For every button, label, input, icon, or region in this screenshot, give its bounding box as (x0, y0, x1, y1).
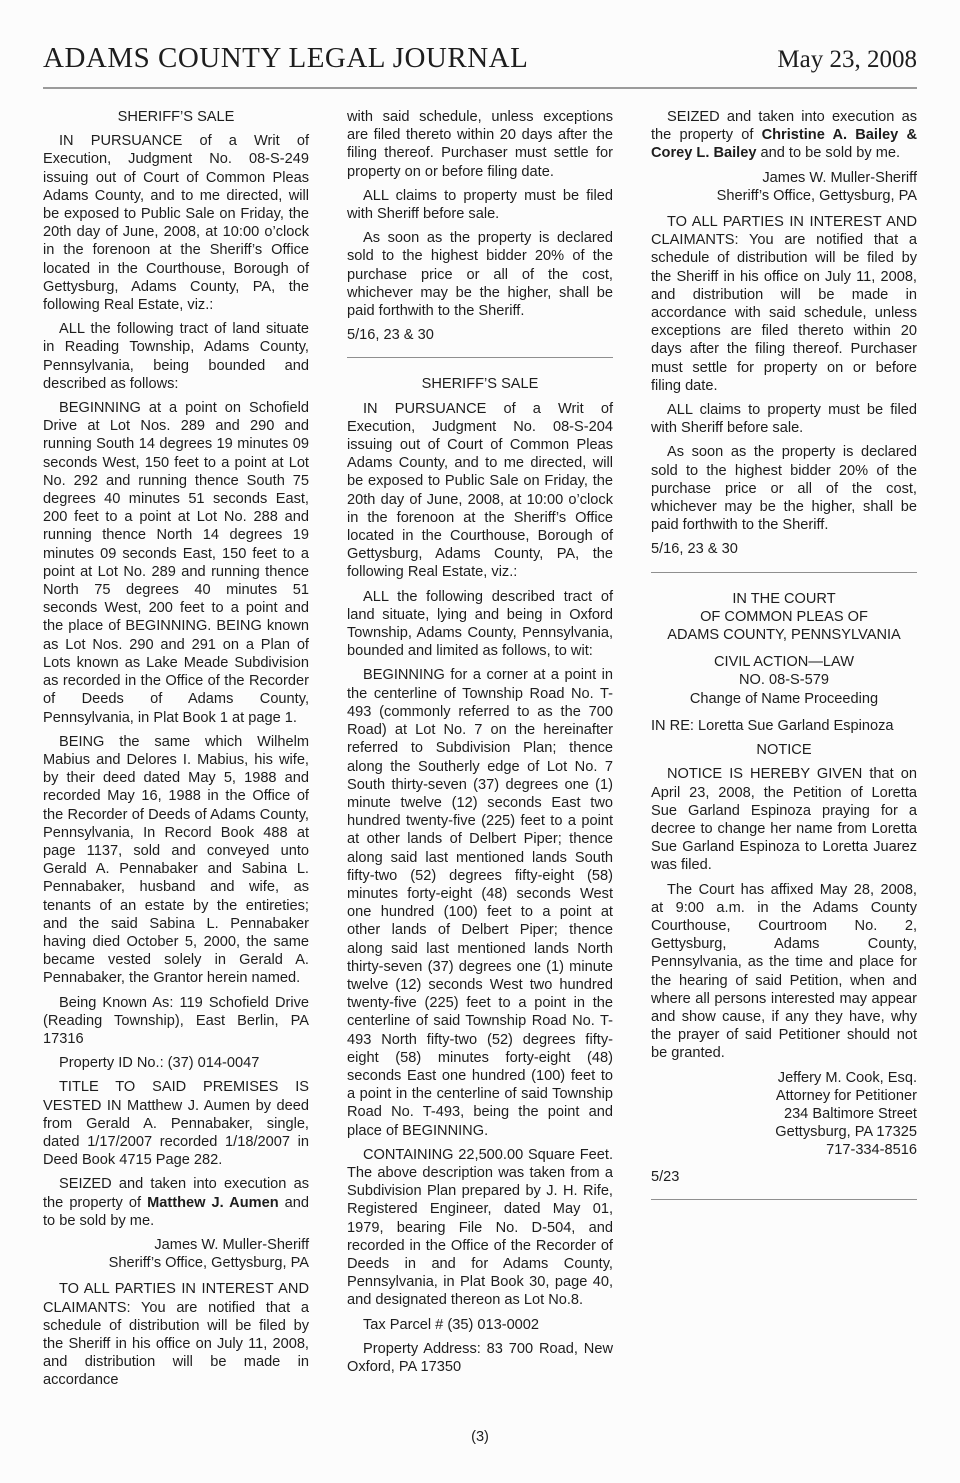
header-rule (43, 87, 917, 89)
notice-paragraph: Property Address: 83 700 Road, New Oxfor… (347, 1340, 613, 1376)
notice-paragraph: IN PURSUANCE of a Writ of Execution, Jud… (43, 132, 309, 314)
column-3: SEIZED and taken into execution as the p… (651, 108, 917, 1403)
defendant-name: Matthew J. Aumen (147, 1195, 279, 1211)
notice-paragraph: BEGINNING for a corner at a point in the… (347, 666, 613, 1139)
page: ADAMS COUNTY LEGAL JOURNAL May 23, 2008 … (0, 0, 960, 1483)
signature-block-line: 717-334-8516 (651, 1141, 917, 1159)
notice-paragraph: TO ALL PARTIES IN INTEREST AND CLAIMANTS… (651, 213, 917, 395)
signature-block-line: Sheriff’s Office, Gettysburg, PA (651, 187, 917, 205)
signature-block-line: 234 Baltimore Street (651, 1105, 917, 1123)
signature-block-line: James W. Muller-Sheriff (43, 1236, 309, 1254)
signature-block-line: Sheriff’s Office, Gettysburg, PA (43, 1254, 309, 1272)
section-divider (651, 572, 917, 573)
page-footer: (3) (0, 1429, 960, 1445)
signature-block-line: Gettysburg, PA 17325 (651, 1123, 917, 1141)
notice-paragraph: NOTICE IS HEREBY GIVEN that on April 23,… (651, 765, 917, 874)
notice-paragraph: As soon as the property is declared sold… (347, 229, 613, 320)
court-caption-line: OF COMMON PLEAS OF (651, 608, 917, 626)
notice-paragraph: BEING the same which Wilhelm Mabius and … (43, 733, 309, 988)
notice-paragraph: Tax Parcel # (35) 013-0002 (347, 1316, 613, 1334)
text-run: and to be sold by me. (756, 145, 900, 161)
signature-block: Jeffery M. Cook, Esq.Attorney for Petiti… (651, 1069, 917, 1160)
notice-heading: NOTICE (651, 741, 917, 759)
publication-dates: 5/16, 23 & 30 (347, 326, 613, 344)
court-caption-line: Change of Name Proceeding (651, 690, 917, 708)
notice-paragraph: TO ALL PARTIES IN INTEREST AND CLAIMANTS… (43, 1280, 309, 1389)
court-caption: IN THE COURTOF COMMON PLEAS OFADAMS COUN… (651, 590, 917, 645)
case-caption: IN RE: Loretta Sue Garland Espinoza (651, 717, 917, 735)
notice-heading: SHERIFF’S SALE (347, 375, 613, 393)
court-caption: CIVIL ACTION—LAWNO. 08-S-579Change of Na… (651, 653, 917, 708)
article-columns: SHERIFF’S SALEIN PURSUANCE of a Writ of … (43, 108, 917, 1403)
court-caption-line: NO. 08-S-579 (651, 671, 917, 689)
signature-block: James W. Muller-SheriffSheriff’s Office,… (651, 169, 917, 205)
page-number: (3) (471, 1429, 489, 1445)
signature-block-line: Attorney for Petitioner (651, 1087, 917, 1105)
notice-paragraph: SEIZED and taken into execution as the p… (651, 108, 917, 163)
notice-paragraph: ALL the following tract of land situate … (43, 320, 309, 393)
notice-paragraph: The Court has affixed May 28, 2008, at 9… (651, 881, 917, 1063)
masthead: ADAMS COUNTY LEGAL JOURNAL May 23, 2008 (43, 0, 917, 73)
notice-paragraph: SEIZED and taken into execution as the p… (43, 1175, 309, 1230)
issue-date: May 23, 2008 (777, 47, 917, 72)
signature-block: James W. Muller-SheriffSheriff’s Office,… (43, 1236, 309, 1272)
journal-title: ADAMS COUNTY LEGAL JOURNAL (43, 44, 528, 73)
signature-block-line: James W. Muller-Sheriff (651, 169, 917, 187)
notice-paragraph: IN PURSUANCE of a Writ of Execution, Jud… (347, 400, 613, 582)
section-divider (651, 1199, 917, 1200)
court-caption-line: ADAMS COUNTY, PENNSYLVANIA (651, 626, 917, 644)
section-divider (347, 357, 613, 358)
column-1: SHERIFF’S SALEIN PURSUANCE of a Writ of … (43, 108, 309, 1403)
notice-paragraph: ALL claims to property must be filed wit… (347, 187, 613, 223)
notice-heading: SHERIFF’S SALE (43, 108, 309, 126)
court-caption-line: CIVIL ACTION—LAW (651, 653, 917, 671)
publication-dates: 5/23 (651, 1168, 917, 1186)
signature-block-line: Jeffery M. Cook, Esq. (651, 1069, 917, 1087)
notice-paragraph: TITLE TO SAID PREMISES IS VESTED IN Matt… (43, 1078, 309, 1169)
notice-paragraph: CONTAINING 22,500.00 Square Feet. The ab… (347, 1146, 613, 1310)
notice-paragraph: with said schedule, unless exceptions ar… (347, 108, 613, 181)
notice-paragraph: ALL claims to property must be filed wit… (651, 401, 917, 437)
notice-paragraph: Property ID No.: (37) 014-0047 (43, 1054, 309, 1072)
publication-dates: 5/16, 23 & 30 (651, 540, 917, 558)
notice-paragraph: BEGINNING at a point on Schofield Drive … (43, 399, 309, 727)
notice-paragraph: Being Known As: 119 Schofield Drive (Rea… (43, 994, 309, 1049)
court-caption-line: IN THE COURT (651, 590, 917, 608)
notice-paragraph: As soon as the property is declared sold… (651, 443, 917, 534)
notice-paragraph: ALL the following described tract of lan… (347, 588, 613, 661)
column-2: with said schedule, unless exceptions ar… (347, 108, 613, 1403)
